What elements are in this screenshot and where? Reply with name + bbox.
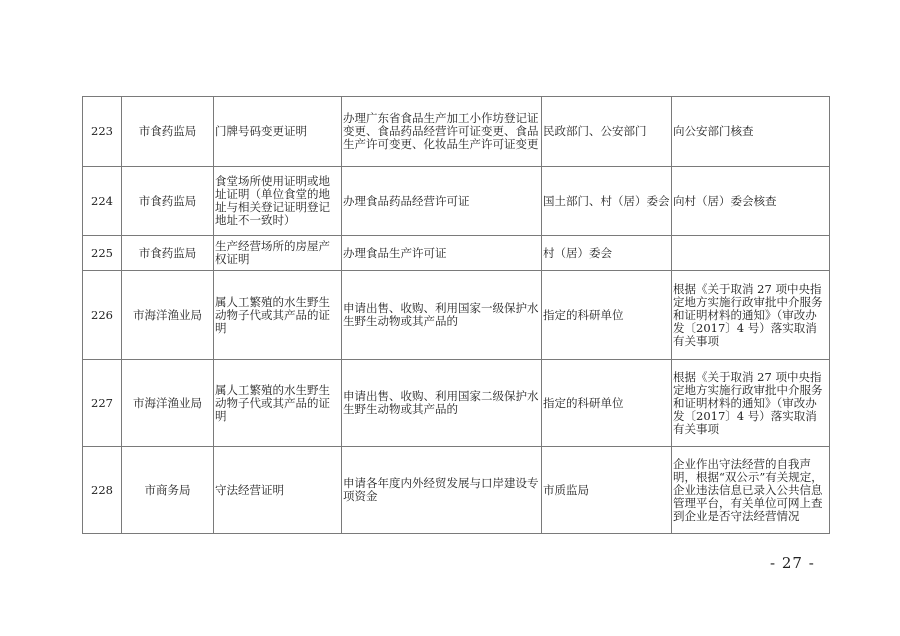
row-number: 224: [83, 167, 122, 236]
certificate-cell: 属人工繁殖的水生野生动物子代或其产品的证明: [214, 360, 342, 447]
table-row: 225 市食药监局 生产经营场所的房屋产权证明 办理食品生产许可证 村（居）委会: [83, 236, 830, 271]
method-cell: 向村（居）委会核查: [672, 167, 830, 236]
table-row: 228 市商务局 守法经营证明 申请各年度内外经贸发展与口岸建设专项资金 市质监…: [83, 447, 830, 534]
method-cell: 向公安部门核查: [672, 97, 830, 167]
method-cell: 根据《关于取消 27 项中央指定地方实施行政审批中介服务和证明材料的通知》（审改…: [672, 360, 830, 447]
issuer-cell: 指定的科研单位: [542, 360, 672, 447]
method-cell: [672, 236, 830, 271]
row-number: 226: [83, 271, 122, 360]
item-cell: 申请出售、收购、利用国家一级保护水生野生动物或其产品的: [342, 271, 542, 360]
department-cell: 市海洋渔业局: [122, 271, 214, 360]
certificate-cell: 门牌号码变更证明: [214, 97, 342, 167]
department-cell: 市食药监局: [122, 236, 214, 271]
department-cell: 市食药监局: [122, 167, 214, 236]
issuer-cell: 指定的科研单位: [542, 271, 672, 360]
issuer-cell: 国土部门、村（居）委会: [542, 167, 672, 236]
certificate-cell: 生产经营场所的房屋产权证明: [214, 236, 342, 271]
certificate-cell: 守法经营证明: [214, 447, 342, 534]
item-cell: 办理广东省食品生产加工小作坊登记证变更、食品药品经营许可证变更、食品生产许可变更…: [342, 97, 542, 167]
certificate-table: 223 市食药监局 门牌号码变更证明 办理广东省食品生产加工小作坊登记证变更、食…: [82, 96, 830, 534]
item-cell: 办理食品药品经营许可证: [342, 167, 542, 236]
issuer-cell: 市质监局: [542, 447, 672, 534]
table-row: 227 市海洋渔业局 属人工繁殖的水生野生动物子代或其产品的证明 申请出售、收购…: [83, 360, 830, 447]
method-cell: 企业作出守法经营的自我声明，根据“双公示”有关规定，企业违法信息已录入公共信息管…: [672, 447, 830, 534]
item-cell: 申请出售、收购、利用国家二级保护水生野生动物或其产品的: [342, 360, 542, 447]
table-row: 226 市海洋渔业局 属人工繁殖的水生野生动物子代或其产品的证明 申请出售、收购…: [83, 271, 830, 360]
issuer-cell: 民政部门、公安部门: [542, 97, 672, 167]
document-page: 223 市食药监局 门牌号码变更证明 办理广东省食品生产加工小作坊登记证变更、食…: [0, 0, 900, 636]
page-number: - 27 -: [770, 554, 815, 572]
certificate-cell: 属人工繁殖的水生野生动物子代或其产品的证明: [214, 271, 342, 360]
department-cell: 市商务局: [122, 447, 214, 534]
row-number: 223: [83, 97, 122, 167]
method-cell: 根据《关于取消 27 项中央指定地方实施行政审批中介服务和证明材料的通知》（审改…: [672, 271, 830, 360]
department-cell: 市食药监局: [122, 97, 214, 167]
row-number: 228: [83, 447, 122, 534]
department-cell: 市海洋渔业局: [122, 360, 214, 447]
table-row: 223 市食药监局 门牌号码变更证明 办理广东省食品生产加工小作坊登记证变更、食…: [83, 97, 830, 167]
certificate-cell: 食堂场所使用证明或地址证明（单位食堂的地址与相关登记证明登记地址不一致时）: [214, 167, 342, 236]
item-cell: 办理食品生产许可证: [342, 236, 542, 271]
row-number: 227: [83, 360, 122, 447]
table-row: 224 市食药监局 食堂场所使用证明或地址证明（单位食堂的地址与相关登记证明登记…: [83, 167, 830, 236]
item-cell: 申请各年度内外经贸发展与口岸建设专项资金: [342, 447, 542, 534]
row-number: 225: [83, 236, 122, 271]
issuer-cell: 村（居）委会: [542, 236, 672, 271]
